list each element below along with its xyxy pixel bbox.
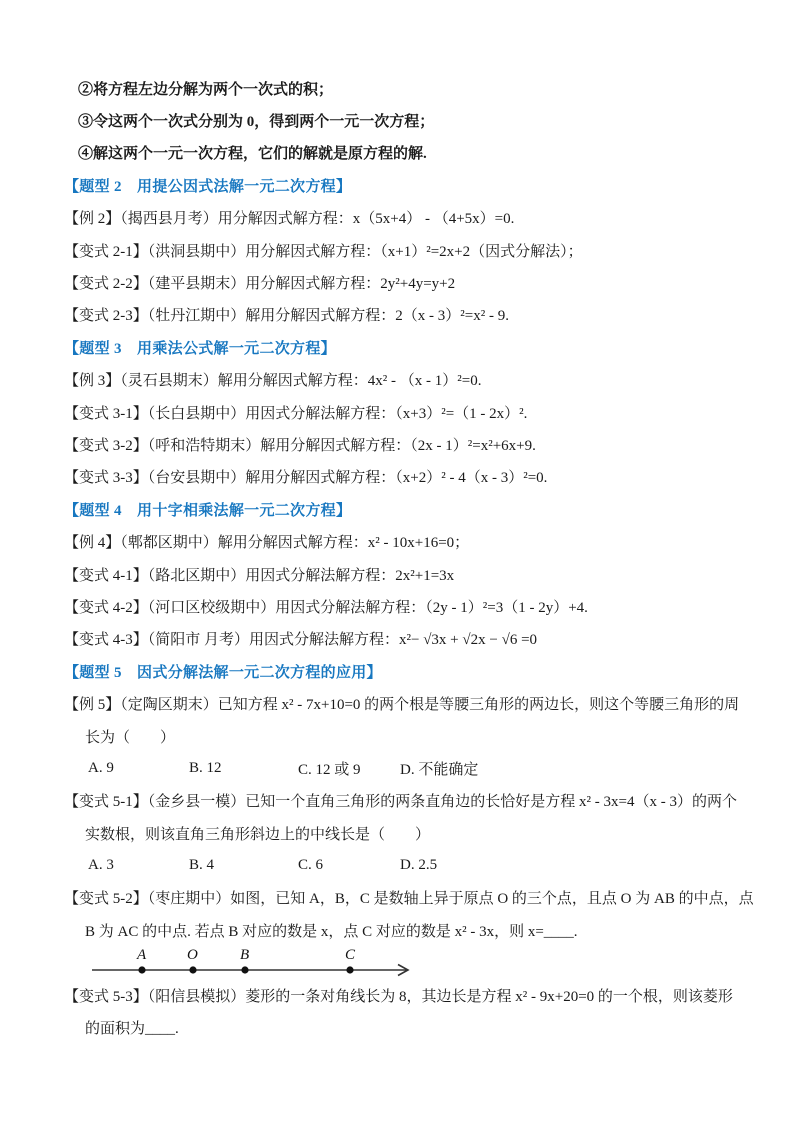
- example-4: 【例 4】（郫都区期中）解用分解因式解方程：x² - 10x+16=0；: [64, 525, 759, 557]
- variant-5-1-line-1: 【变式 5-1】（金乡县一模）已知一个直角三角形的两条直角边的长恰好是方程 x²…: [64, 785, 759, 817]
- factoring-step-2: ②将方程左边分解为两个一次式的积；: [64, 72, 759, 104]
- variant-5-2-line-1: 【变式 5-2】（枣庄期中）如图，已知 A，B，C 是数轴上异于原点 O 的三个…: [64, 882, 759, 914]
- variant-3-3: 【变式 3-3】（台安县期中）解用分解因式解方程：（x+2）² - 4（x - …: [64, 461, 759, 493]
- example-2: 【例 2】（揭西县月考）用分解因式解方程：x（5x+4） - （4+5x）=0.: [64, 202, 759, 234]
- number-line-figure: A O B C: [64, 947, 759, 979]
- topic-3-heading: 【题型 3 用乘法公式解一元二次方程】: [64, 331, 759, 363]
- option-c: C. 6: [298, 857, 400, 874]
- example-5-line-2: 长为（ ）: [64, 720, 759, 752]
- point-label-o: O: [187, 947, 198, 963]
- number-line-svg: A O B C: [64, 942, 444, 984]
- example-3: 【例 3】（灵石县期末）解用分解因式解方程：4x² - （x - 1）²=0.: [64, 364, 759, 396]
- variant-4-2: 【变式 4-2】（河口区校级期中）用因式分解法解方程：（2y - 1）²=3（1…: [64, 590, 759, 622]
- topic-4-heading: 【题型 4 用十字相乘法解一元二次方程】: [64, 493, 759, 525]
- variant-2-2: 【变式 2-2】（建平县期末）用分解因式解方程：2y²+4y=y+2: [64, 266, 759, 298]
- option-c: C. 12 或 9: [298, 758, 400, 779]
- point-dot-b: [241, 966, 248, 973]
- variant-2-1: 【变式 2-1】（洪洞县期中）用分解因式解方程：（x+1）²=2x+2（因式分解…: [64, 234, 759, 266]
- variant-5-3-line-1: 【变式 5-3】（阳信县模拟）菱形的一条对角线长为 8，其边长是方程 x² - …: [64, 979, 759, 1011]
- point-label-c: C: [345, 947, 356, 963]
- option-b: B. 12: [189, 760, 298, 777]
- point-dot-a: [138, 966, 145, 973]
- option-a: A. 9: [88, 760, 189, 777]
- variant-5-1-options: A. 3 B. 4 C. 6 D. 2.5: [64, 849, 759, 881]
- variant-5-3-line-2: 的面积为____.: [64, 1011, 759, 1043]
- topic-2-heading: 【题型 2 用提公因式法解一元二次方程】: [64, 169, 759, 201]
- variant-3-1: 【变式 3-1】（长白县期中）用因式分解法解方程：（x+3）²=（1 - 2x）…: [64, 396, 759, 428]
- example-5-line-1: 【例 5】（定陶区期末）已知方程 x² - 7x+10=0 的两个根是等腰三角形…: [64, 687, 759, 719]
- variant-3-2: 【变式 3-2】（呼和浩特期末）解用分解因式解方程：（2x - 1）²=x²+6…: [64, 428, 759, 460]
- variant-2-3: 【变式 2-3】（牡丹江期中）解用分解因式解方程：2（x - 3）²=x² - …: [64, 299, 759, 331]
- option-a: A. 3: [88, 857, 189, 874]
- option-b: B. 4: [189, 857, 298, 874]
- worksheet-page: ②将方程左边分解为两个一次式的积； ③令这两个一次式分别为 0，得到两个一元一次…: [0, 0, 793, 1044]
- factoring-step-3: ③令这两个一次式分别为 0，得到两个一元一次方程；: [64, 104, 759, 136]
- point-dot-c: [346, 966, 353, 973]
- option-d: D. 不能确定: [400, 758, 478, 779]
- option-d: D. 2.5: [400, 857, 437, 874]
- point-label-b: B: [240, 947, 249, 963]
- factoring-step-4: ④解这两个一元一次方程，它们的解就是原方程的解.: [64, 137, 759, 169]
- example-5-options: A. 9 B. 12 C. 12 或 9 D. 不能确定: [64, 752, 759, 784]
- point-label-a: A: [136, 947, 147, 963]
- point-dot-o: [189, 966, 196, 973]
- variant-4-3: 【变式 4-3】（简阳市 月考）用因式分解法解方程：x²− √3x + √2x …: [64, 623, 759, 655]
- variant-5-1-line-2: 实数根，则该直角三角形斜边上的中线长是（ ）: [64, 817, 759, 849]
- variant-4-1: 【变式 4-1】（路北区期中）用因式分解法解方程：2x²+1=3x: [64, 558, 759, 590]
- topic-5-heading: 【题型 5 因式分解法解一元二次方程的应用】: [64, 655, 759, 687]
